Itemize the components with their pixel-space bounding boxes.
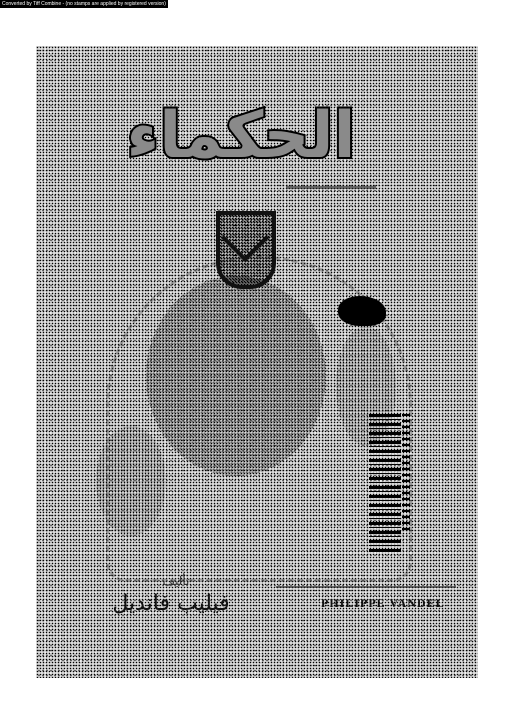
barcode [369,414,401,554]
figure-head-illustration [338,296,386,326]
book-title: الحكماء [56,101,426,171]
title-divider [286,186,376,189]
barcode-digits [402,414,410,534]
author-name-arabic: فيليب فانديل [66,591,276,621]
shield-emblem-icon [216,211,276,289]
book-cover: الحكماء تأليف فيليب فانديل PHILIPPE VAND… [36,46,478,678]
author-divider [276,586,456,588]
author-label-arabic: تأليف [76,574,276,588]
converter-banner: Converted by Tiff Combine - (no stamps a… [0,0,168,8]
author-name-latin: PHILIPPE VANDEL [321,596,478,611]
